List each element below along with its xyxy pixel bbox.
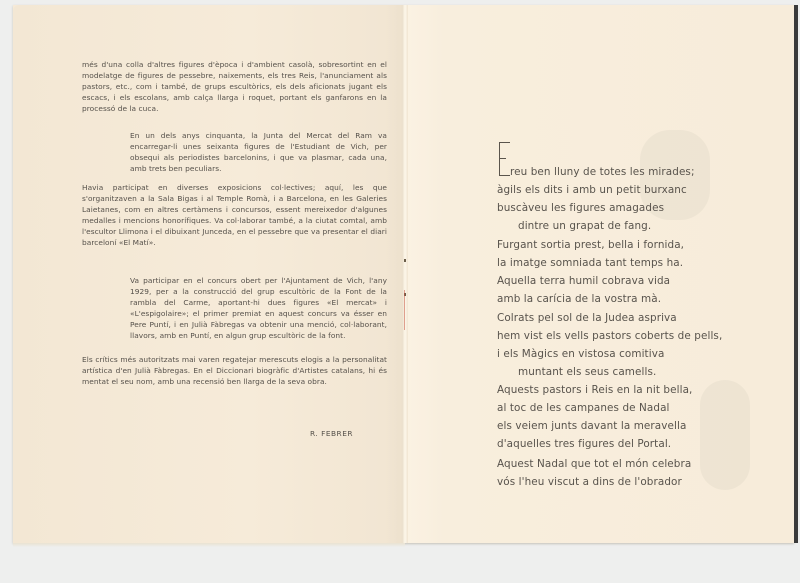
page-edge-shadow (794, 5, 798, 543)
poem-line: Aquests pastors i Reis en la nit bella, (497, 381, 757, 399)
poem-line: vós l'heu viscut a dins de l'obrador (497, 473, 757, 491)
paragraph: Havia participat en diverses exposicions… (82, 183, 387, 248)
paragraph: més d'una colla d'altres figures d'època… (82, 60, 387, 115)
poem-line: àgils els dits i amb un petit burxanc (497, 181, 757, 199)
paragraph: Va participar en el concurs obert per l'… (130, 276, 387, 341)
stanza-2: Furgant sortia prest, bella i fornida, l… (497, 236, 757, 308)
page-bottom-edge (13, 543, 405, 547)
binding-mark (404, 290, 405, 330)
poem-line: Colrats pel sol de la Judea aspriva (497, 309, 757, 327)
poem-line: i els Màgics en vistosa comitiva (497, 345, 757, 363)
stanza-3: Colrats pel sol de la Judea aspriva hem … (497, 309, 757, 381)
poem-line: al toc de les campanes de Nadal (497, 399, 757, 417)
poem-line: Aquest Nadal que tot el món celebra (497, 455, 757, 473)
stanza-5: Aquest Nadal que tot el món celebra vós … (497, 455, 757, 491)
stanza-1: reu ben lluny de totes les mirades; (510, 163, 770, 181)
poem-line: reu ben lluny de totes les mirades; (497, 163, 770, 181)
poem-line: hem vist els vells pastors coberts de pe… (497, 327, 757, 345)
poem-line: la imatge somniada tant temps ha. (497, 254, 757, 272)
page-gutter (402, 5, 408, 543)
poem-line: buscàveu les figures amagades (497, 199, 757, 217)
paragraph: Els crítics més autoritzats mai varen re… (82, 355, 387, 388)
stanza-4: Aquests pastors i Reis en la nit bella, … (497, 381, 757, 453)
paragraph: En un dels anys cinquanta, la Junta del … (130, 131, 387, 175)
poem-line: els veiem junts davant la meravella (497, 417, 757, 435)
poem-line: Aquella terra humil cobrava vida (497, 272, 757, 290)
poem-line: amb la carícia de la vostra mà. (497, 290, 757, 308)
poem-line: Furgant sortia prest, bella i fornida, (497, 236, 757, 254)
poem-line: dintre un grapat de fang. (497, 217, 757, 235)
poem-line: muntant els seus camells. (497, 363, 757, 381)
author-signature: R. FEBRER (310, 429, 353, 438)
poem-line: d'aquelles tres figures del Portal. (497, 435, 757, 453)
staple-top (404, 259, 406, 262)
stanza-1-cont: àgils els dits i amb un petit burxanc bu… (497, 181, 757, 235)
